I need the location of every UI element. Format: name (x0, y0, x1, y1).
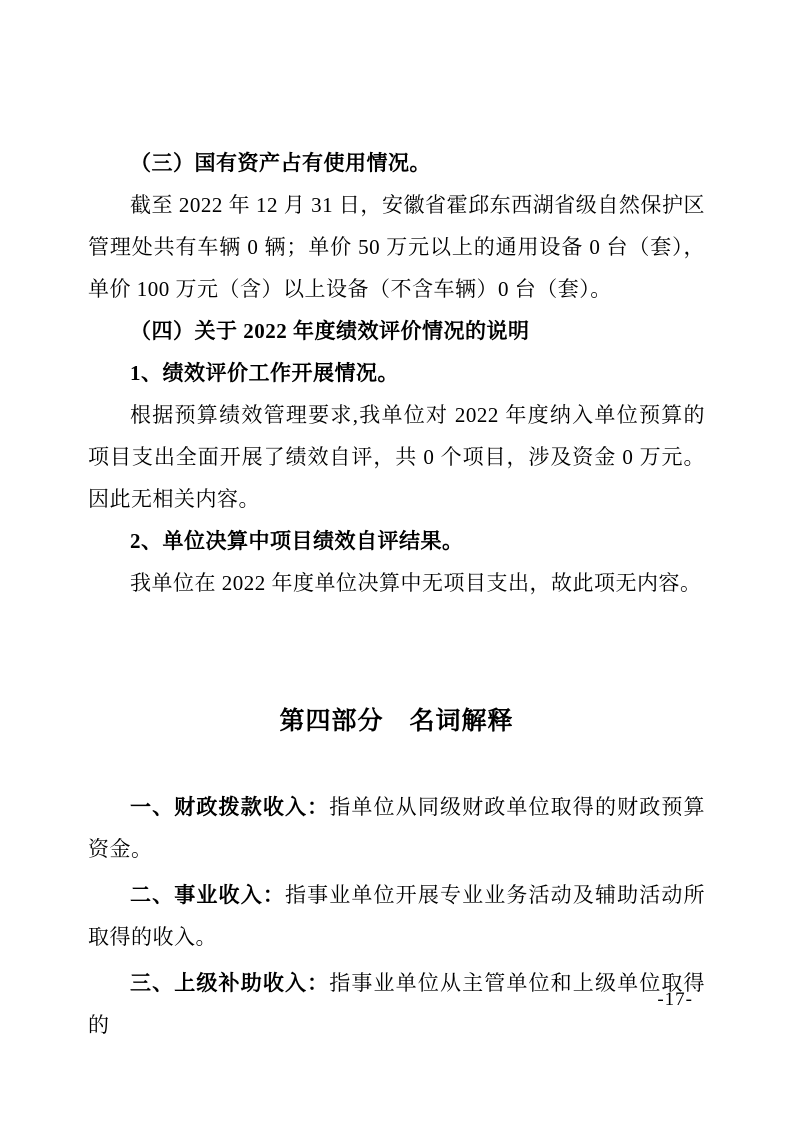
page-number: -17- (657, 988, 693, 1012)
heading-performance-evaluation: （四）关于 2022 年度绩效评价情况的说明 (88, 310, 705, 352)
paragraph-self-evaluation-result: 我单位在 2022 年度单位决算中无项目支出，故此项无内容。 (88, 562, 705, 604)
subheading-self-evaluation-result: 2、单位决算中项目绩效自评结果。 (88, 520, 705, 562)
document-page: （三）国有资产占有使用情况。 截至 2022 年 12 月 31 日，安徽省霍邱… (0, 0, 793, 1122)
glossary-term: 一、财政拨款收入： (130, 795, 329, 819)
glossary-term: 二、事业收入： (130, 883, 285, 907)
paragraph-performance-work: 根据预算绩效管理要求,我单位对 2022 年度纳入单位预算的项目支出全面开展了绩… (88, 394, 705, 520)
part-title-glossary: 第四部分 名词解释 (88, 700, 705, 744)
glossary-term: 三、上级补助收入： (130, 971, 329, 995)
glossary-item-operating-income: 二、事业收入：指事业单位开展专业业务活动及辅助活动所取得的收入。 (88, 874, 705, 958)
subheading-performance-work: 1、绩效评价工作开展情况。 (88, 352, 705, 394)
glossary-item-superior-subsidy-income: 三、上级补助收入：指事业单位从主管单位和上级单位取得的 (88, 962, 705, 1046)
glossary-item-fiscal-appropriation: 一、财政拨款收入：指单位从同级财政单位取得的财政预算资金。 (88, 786, 705, 870)
heading-state-assets: （三）国有资产占有使用情况。 (88, 142, 705, 184)
paragraph-state-assets: 截至 2022 年 12 月 31 日，安徽省霍邱东西湖省级自然保护区管理处共有… (88, 184, 705, 310)
